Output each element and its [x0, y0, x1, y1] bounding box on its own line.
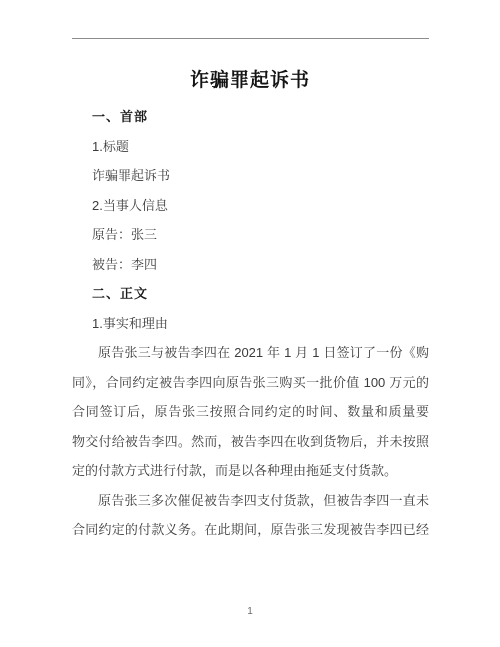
- document-line: 物交付给被告李四。然而，被告李四在收到货物后，并未按照合同约: [72, 427, 429, 457]
- document-line: 同》，合同约定被告李四向原告张三购买一批价值 100 万元的货物。: [72, 368, 429, 398]
- document-line: 原告张三多次催促被告李四支付货款，但被告李四一直未能履行: [72, 486, 429, 516]
- document-line: 原告：张三: [72, 220, 429, 250]
- document-line: 1.事实和理由: [72, 309, 429, 339]
- document-title: 诈骗罪起诉书: [0, 65, 500, 92]
- document-body: 一、首部1.标题诈骗罪起诉书2.当事人信息原告：张三被告：李四二、正文1.事实和…: [72, 102, 429, 545]
- document-line: 诈骗罪起诉书: [72, 161, 429, 191]
- document-line: 一、首部: [72, 102, 429, 132]
- header-rule: [72, 38, 429, 39]
- document-line: 被告：李四: [72, 250, 429, 280]
- document-line: 二、正文: [72, 279, 429, 309]
- document-line: 原告张三与被告李四在 2021 年 1 月 1 日签订了一份《购销合: [72, 338, 429, 368]
- document-line: 1.标题: [72, 132, 429, 162]
- document-line: 合同约定的付款义务。在此期间，原告张三发现被告李四已经将收到: [72, 515, 429, 545]
- document-page: 诈骗罪起诉书 一、首部1.标题诈骗罪起诉书2.当事人信息原告：张三被告：李四二、…: [0, 0, 500, 647]
- document-line: 2.当事人信息: [72, 191, 429, 221]
- page-number: 1: [0, 605, 500, 619]
- document-line: 合同签订后，原告张三按照合同约定的时间、数量和质量要求，将货: [72, 397, 429, 427]
- document-line: 定的付款方式进行付款，而是以各种理由拖延支付货款。: [72, 456, 429, 486]
